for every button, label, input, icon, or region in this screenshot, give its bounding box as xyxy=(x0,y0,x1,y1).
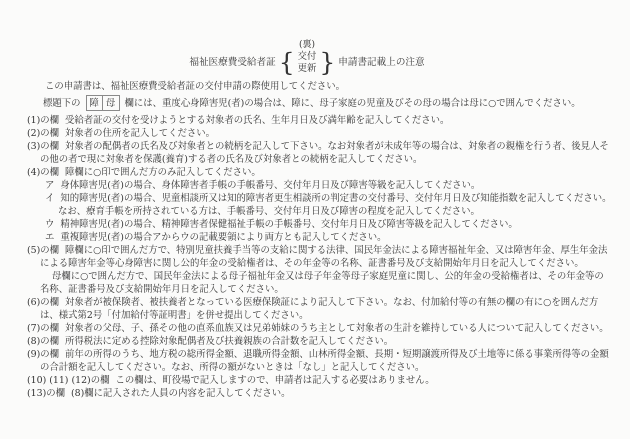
instruction-item: ウ精神障害児(者)の場合、精神障害者保健福祉手帳の手帳番号、交付年月日及び障害等… xyxy=(27,218,613,231)
title-right: 申請書記載上の注意 xyxy=(338,57,424,69)
item-text: 対象者の配偶者の氏名及び対象者との続柄を記入して下さい。なお対象者が未成年等の場… xyxy=(40,141,609,165)
item-label: (8)の欄 xyxy=(27,336,59,347)
instruction-item: (2)の欄対象者の住所を記入してください。 xyxy=(27,127,613,140)
item-label: ウ xyxy=(45,219,54,230)
right-brace-glyph: } xyxy=(319,51,335,75)
item-label: (9)の欄 xyxy=(27,349,59,360)
item-label: (3)の欄 xyxy=(27,141,59,152)
category-heading-row: 標題下の 障 母 欄には、重度心身障害児(者)の場合は、障に、母子家庭の児童及び… xyxy=(27,93,613,113)
item-label: (10) (11) (12)の欄 xyxy=(27,375,109,386)
item-text: 受給者証の交付を受けようとする対象者の氏名、生年月日及び満年齢を記入してください… xyxy=(65,115,449,126)
item-text: この欄は、町役場で記入しますので、申請者は記入する必要はありません。 xyxy=(115,375,434,386)
intro-line: この申請書は、福祉医療費受給者証の交付申請の際使用してください。 xyxy=(27,80,613,93)
title-left: 福祉医療費受給者証 xyxy=(189,57,275,69)
document-page: (裏) 福祉医療費受給者証 { 交付 更新 } 申請書記載上の注意 この申請書は… xyxy=(0,0,630,439)
item-text: 対象者が被保険者、被扶養者となっている医療保険証により記入して下さい。なお、付加… xyxy=(40,297,598,321)
instruction-item: ア身体障害児(者)の場合、身体障害者手帳の手帳番号、交付年月日及び障害等級を記入… xyxy=(27,179,613,192)
item-text: 対象者の父母、子、孫その他の直系血族又は兄弟姉妹のうち主として対象者の生計を維持… xyxy=(65,323,609,334)
heading-pre-text: 標題下の xyxy=(43,97,81,110)
item-label: (2)の欄 xyxy=(27,128,59,139)
instruction-item: (6)の欄対象者が被保険者、被扶養者となっている医療保険証により記入して下さい。… xyxy=(27,296,613,322)
item-text: 母欄に○で囲んだ方で、国民年金法による母子福祉年金又は母子年金等母子家庭児童に関… xyxy=(40,271,604,295)
item-text: 前年の所得のうち、地方税の総所得金額、退職所得金額、山林所得金額、長期・短期譲渡… xyxy=(40,349,609,373)
item-label: (6)の欄 xyxy=(27,297,59,308)
instruction-item: (8)の欄所得税法に定める控除対象配偶者及び扶養親族の合計数を記入してください。 xyxy=(27,335,613,348)
instruction-item: (1)の欄受給者証の交付を受けようとする対象者の氏名、生年月日及び満年齢を記入し… xyxy=(27,114,613,127)
header-group: (裏) 福祉医療費受給者証 { 交付 更新 } 申請書記載上の注意 xyxy=(189,40,424,75)
item-text: 対象者の住所を記入してください。 xyxy=(65,128,215,139)
instruction-item: (10) (11) (12)の欄この欄は、町役場で記入しますので、申請者は記入す… xyxy=(27,374,613,387)
instruction-items: (1)の欄受給者証の交付を受けようとする対象者の氏名、生年月日及び満年齢を記入し… xyxy=(27,114,613,400)
instruction-item: (3)の欄対象者の配偶者の氏名及び対象者との続柄を記入して下さい。なお対象者が未… xyxy=(27,140,613,166)
instruction-item: (7)の欄対象者の父母、子、孫その他の直系血族又は兄弟姉妹のうち主として対象者の… xyxy=(27,322,613,335)
mark-cell-disability: 障 xyxy=(86,95,103,111)
title-option-kofu: 交付 xyxy=(298,52,317,62)
instruction-item: イ知的障害児(者)の場合、児童相談所又は知的障害者更生相談所の判定書の交付番号、… xyxy=(27,192,613,218)
item-label: イ xyxy=(45,193,54,204)
item-text: 所得税法に定める控除対象配偶者及び扶養親族の合計数を記入してください。 xyxy=(65,336,393,347)
instructions-body: この申請書は、福祉医療費受給者証の交付申請の際使用してください。 標題下の 障 … xyxy=(27,80,613,400)
item-label: (5)の欄 xyxy=(27,245,59,256)
instruction-item: エ重複障害児(者)の場合アからウの記載要領により両方とも記入してください。 xyxy=(27,231,613,244)
document-title: 福祉医療費受給者証 { 交付 更新 } 申請書記載上の注意 xyxy=(189,51,424,75)
item-label: エ xyxy=(45,232,54,243)
item-label: ア xyxy=(45,180,54,191)
item-label: (13)の欄 xyxy=(27,388,65,399)
category-mark-box: 障 母 xyxy=(86,95,120,111)
item-text: 障欄に○印で囲んだ方で、特別児童扶養手当等の支給に関する法律、国民年金法による障… xyxy=(40,245,607,269)
left-brace-glyph: { xyxy=(279,51,295,75)
item-label: (7)の欄 xyxy=(27,323,59,334)
item-text: (8)欄に記入された人員の内容を記入してください。 xyxy=(71,388,291,399)
item-label: (1)の欄 xyxy=(27,115,59,126)
document-header: (裏) 福祉医療費受給者証 { 交付 更新 } 申請書記載上の注意 xyxy=(0,40,630,75)
instruction-item: (5)の欄障欄に○印で囲んだ方で、特別児童扶養手当等の支給に関する法律、国民年金… xyxy=(27,244,613,270)
item-text: 知的障害児(者)の場合、児童相談所又は知的障害者更生相談所の判定書の交付番号、交… xyxy=(58,193,611,217)
title-option-stack: 交付 更新 xyxy=(298,52,317,74)
item-label: (4)の欄 xyxy=(27,167,59,178)
mark-cell-mother: 母 xyxy=(103,95,120,111)
item-text: 精神障害児(者)の場合、精神障害者保健福祉手帳の手帳番号、交付年月日及び障害等級… xyxy=(60,219,517,230)
item-text: 重複障害児(者)の場合アからウの記載要領により両方とも記入してください。 xyxy=(60,232,386,243)
page-side-label: (裏) xyxy=(189,40,424,50)
instruction-item: (9)の欄前年の所得のうち、地方税の総所得金額、退職所得金額、山林所得金額、長期… xyxy=(27,348,613,374)
instruction-item: (4)の欄障欄に○印で囲んだ方のみ記入してください。 xyxy=(27,166,613,179)
title-option-koshin: 更新 xyxy=(298,64,317,74)
item-text: 障欄に○印で囲んだ方のみ記入してください。 xyxy=(65,167,261,178)
item-text: 身体障害児(者)の場合、身体障害者手帳の手帳番号、交付年月日及び障害等級を記入し… xyxy=(60,180,480,191)
instruction-item: (13)の欄(8)欄に記入された人員の内容を記入してください。 xyxy=(27,387,613,400)
instruction-item: 母欄に○で囲んだ方で、国民年金法による母子福祉年金又は母子年金等母子家庭児童に関… xyxy=(27,270,613,296)
heading-post-text: 欄には、重度心身障害児(者)の場合は、障に、母子家庭の児童及びその母の場合は母に… xyxy=(125,97,581,110)
